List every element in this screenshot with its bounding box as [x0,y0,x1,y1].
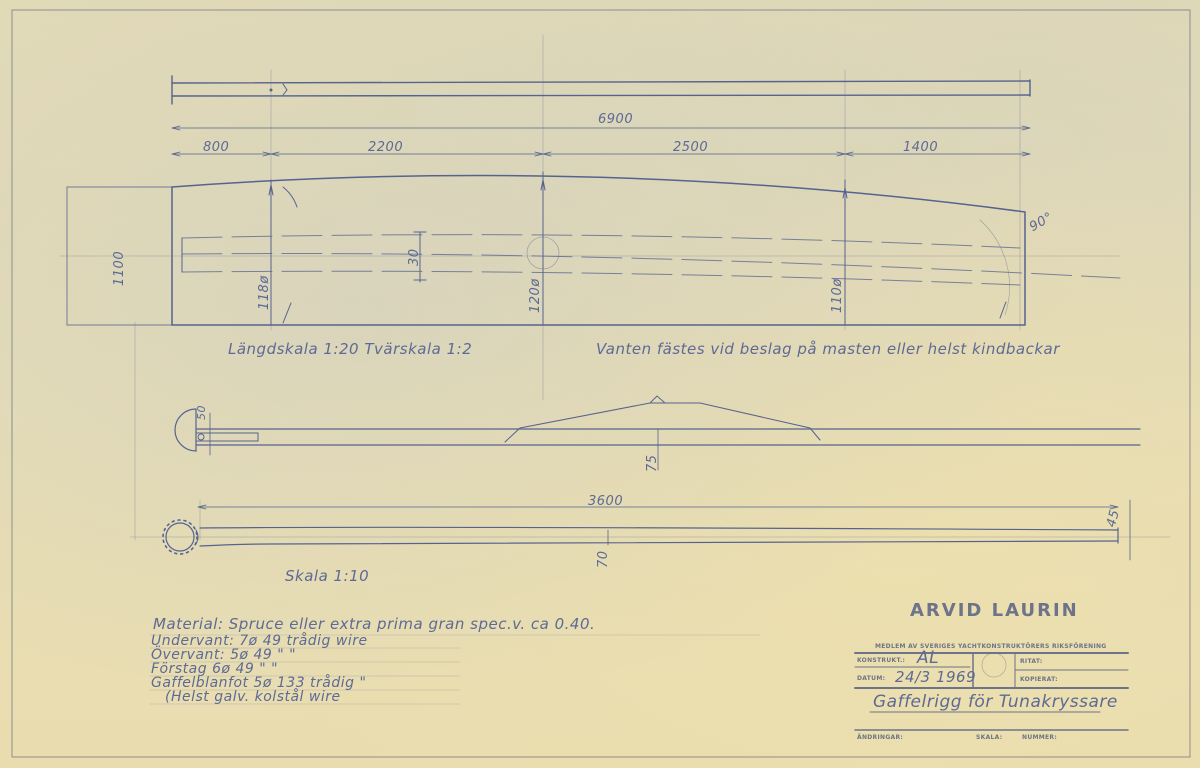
diameter-3-label: 110ø [830,278,845,313]
segment-2-label: 2200 [368,140,403,155]
datum-label: DATUM: [857,675,885,682]
material-line: Undervant: 7ø 49 trådig wire [151,634,368,648]
overall-length-label: 6900 [598,112,633,127]
segment-dimension-line [172,152,1030,156]
material-line: Gaffelblanfot 5ø 133 trådig " [151,676,366,690]
drawing-title: Gaffelrigg för Tunakryssare [873,692,1118,712]
boom-diameter-label: 70 [596,550,611,568]
heel-height-label: 1100 [112,251,127,286]
kopierat-label: KOPIERAT: [1020,676,1058,683]
andringar-label: ÄNDRINGAR: [857,734,903,741]
segment-4-label: 1400 [903,140,938,155]
konstruktion-value: AL [917,648,939,668]
material-line: (Helst galv. kolstål wire [165,690,341,704]
nummer-label: NUMMER: [1022,734,1057,741]
skala-label: SKALA: [976,734,1002,741]
material-line: Förstag 6ø 49 " " [151,662,278,676]
diameter-markers [269,172,847,325]
datum-value: 24/3 1969 [895,668,976,686]
diameter-2-label: 120ø [528,278,543,313]
mast-top-bar [172,76,1030,104]
scale-note-mast: Längdskala 1:20 Tvärskala 1:2 [228,340,472,358]
gaff-depth-label: 75 [645,454,660,472]
gaff-jaw-label: 50 [195,405,208,420]
boom-drawing [130,500,1170,560]
material-line: Material: Spruce eller extra prima gran … [153,617,595,631]
mast-outline [67,175,1025,325]
rigging-note: Vanten fästes vid beslag på masten eller… [596,340,1060,358]
konstruktion-label: KONSTRUKT.: [857,657,905,664]
association-text: MEDLEM AV SVERIGES YACHTKONSTRUKTÖRERS R… [875,643,1107,650]
sail-track-lines [182,235,1120,285]
company-name: ARVID LAURIN [910,600,1079,621]
segment-1-label: 800 [203,140,229,155]
material-line: Övervant: 5ø 49 " " [151,648,296,662]
scale-note-boom: Skala 1:10 [285,567,369,585]
segment-3-label: 2500 [673,140,708,155]
ritat-label: RITAT: [1020,658,1043,665]
diameter-1-label: 118ø [257,275,272,310]
boom-length-label: 3600 [588,494,623,509]
construction-lines [60,35,1120,540]
sail-track-label: 30 [407,248,422,266]
